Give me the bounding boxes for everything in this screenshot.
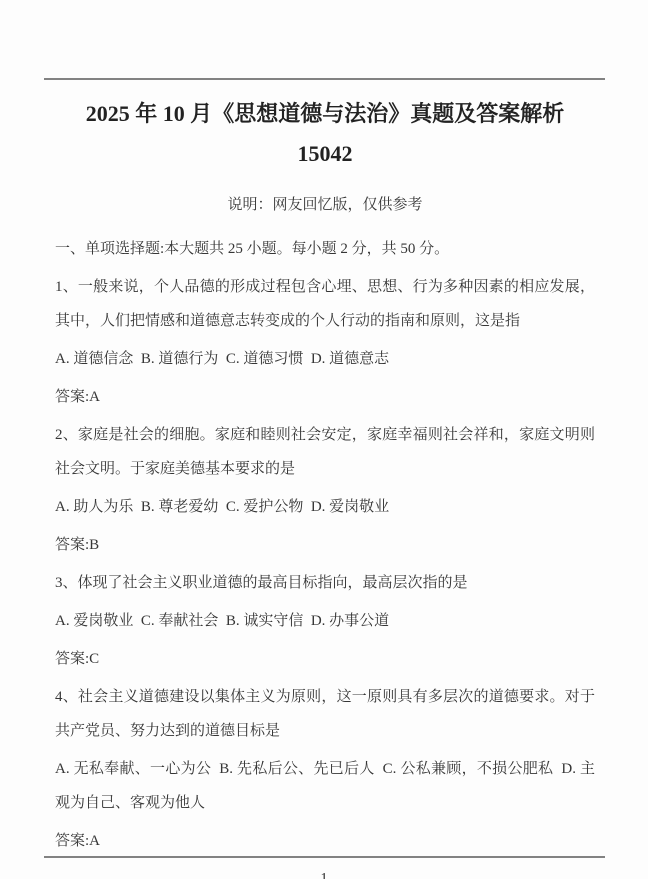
bottom-divider xyxy=(44,856,605,858)
question-block-2: 2、家庭是社会的细胞。家庭和睦则社会安定，家庭幸福则社会祥和，家庭文明则社会文明… xyxy=(55,418,595,562)
document-title-line2: 15042 xyxy=(298,141,353,166)
question-answer: 答案:C xyxy=(55,642,595,676)
question-stem: 1、一般来说，个人品德的形成过程包含心埋、思想、行为多种因素的相应发展，其中，人… xyxy=(55,270,595,338)
document-page: 2025 年 10 月《思想道德与法治》真题及答案解析 15042 说明：网友回… xyxy=(0,0,648,879)
top-divider xyxy=(44,78,605,80)
question-answer: 答案:A xyxy=(55,824,595,858)
question-answer: 答案:A xyxy=(55,380,595,414)
question-stem: 2、家庭是社会的细胞。家庭和睦则社会安定，家庭幸福则社会祥和，家庭文明则社会文明… xyxy=(55,418,595,486)
document-title-line1: 2025 年 10 月《思想道德与法治》真题及答案解析 xyxy=(86,101,565,126)
document-title: 2025 年 10 月《思想道德与法治》真题及答案解析 15042 xyxy=(55,94,595,174)
document-content: 2025 年 10 月《思想道德与法治》真题及答案解析 15042 说明：网友回… xyxy=(55,94,595,862)
question-block-4: 4、社会主义道德建设以集体主义为原则，这一原则具有多层次的道德要求。对于共产党员… xyxy=(55,680,595,858)
question-stem: 3、体现了社会主义职业道德的最高目标指向，最高层次指的是 xyxy=(55,566,595,600)
question-answer: 答案:B xyxy=(55,528,595,562)
question-options: A. 爱岗敬业 C. 奉献社会 B. 诚实守信 D. 办事公道 xyxy=(55,604,595,638)
question-block-3: 3、体现了社会主义职业道德的最高目标指向，最高层次指的是 A. 爱岗敬业 C. … xyxy=(55,566,595,676)
section-header: 一、单项选择题:本大题共 25 小题。每小题 2 分，共 50 分。 xyxy=(55,232,595,266)
question-options: A. 道德信念 B. 道德行为 C. 道德习惯 D. 道德意志 xyxy=(55,342,595,376)
page-number: 1 xyxy=(0,872,648,879)
question-options: A. 无私奉献、一心为公 B. 先私后公、先已后人 C. 公私兼顾，不损公肥私 … xyxy=(55,752,595,820)
document-note: 说明：网友回忆版，仅供参考 xyxy=(55,194,595,216)
question-block-1: 1、一般来说，个人品德的形成过程包含心埋、思想、行为多种因素的相应发展，其中，人… xyxy=(55,270,595,414)
question-options: A. 助人为乐 B. 尊老爱幼 C. 爱护公物 D. 爱岗敬业 xyxy=(55,490,595,524)
question-stem: 4、社会主义道德建设以集体主义为原则，这一原则具有多层次的道德要求。对于共产党员… xyxy=(55,680,595,748)
